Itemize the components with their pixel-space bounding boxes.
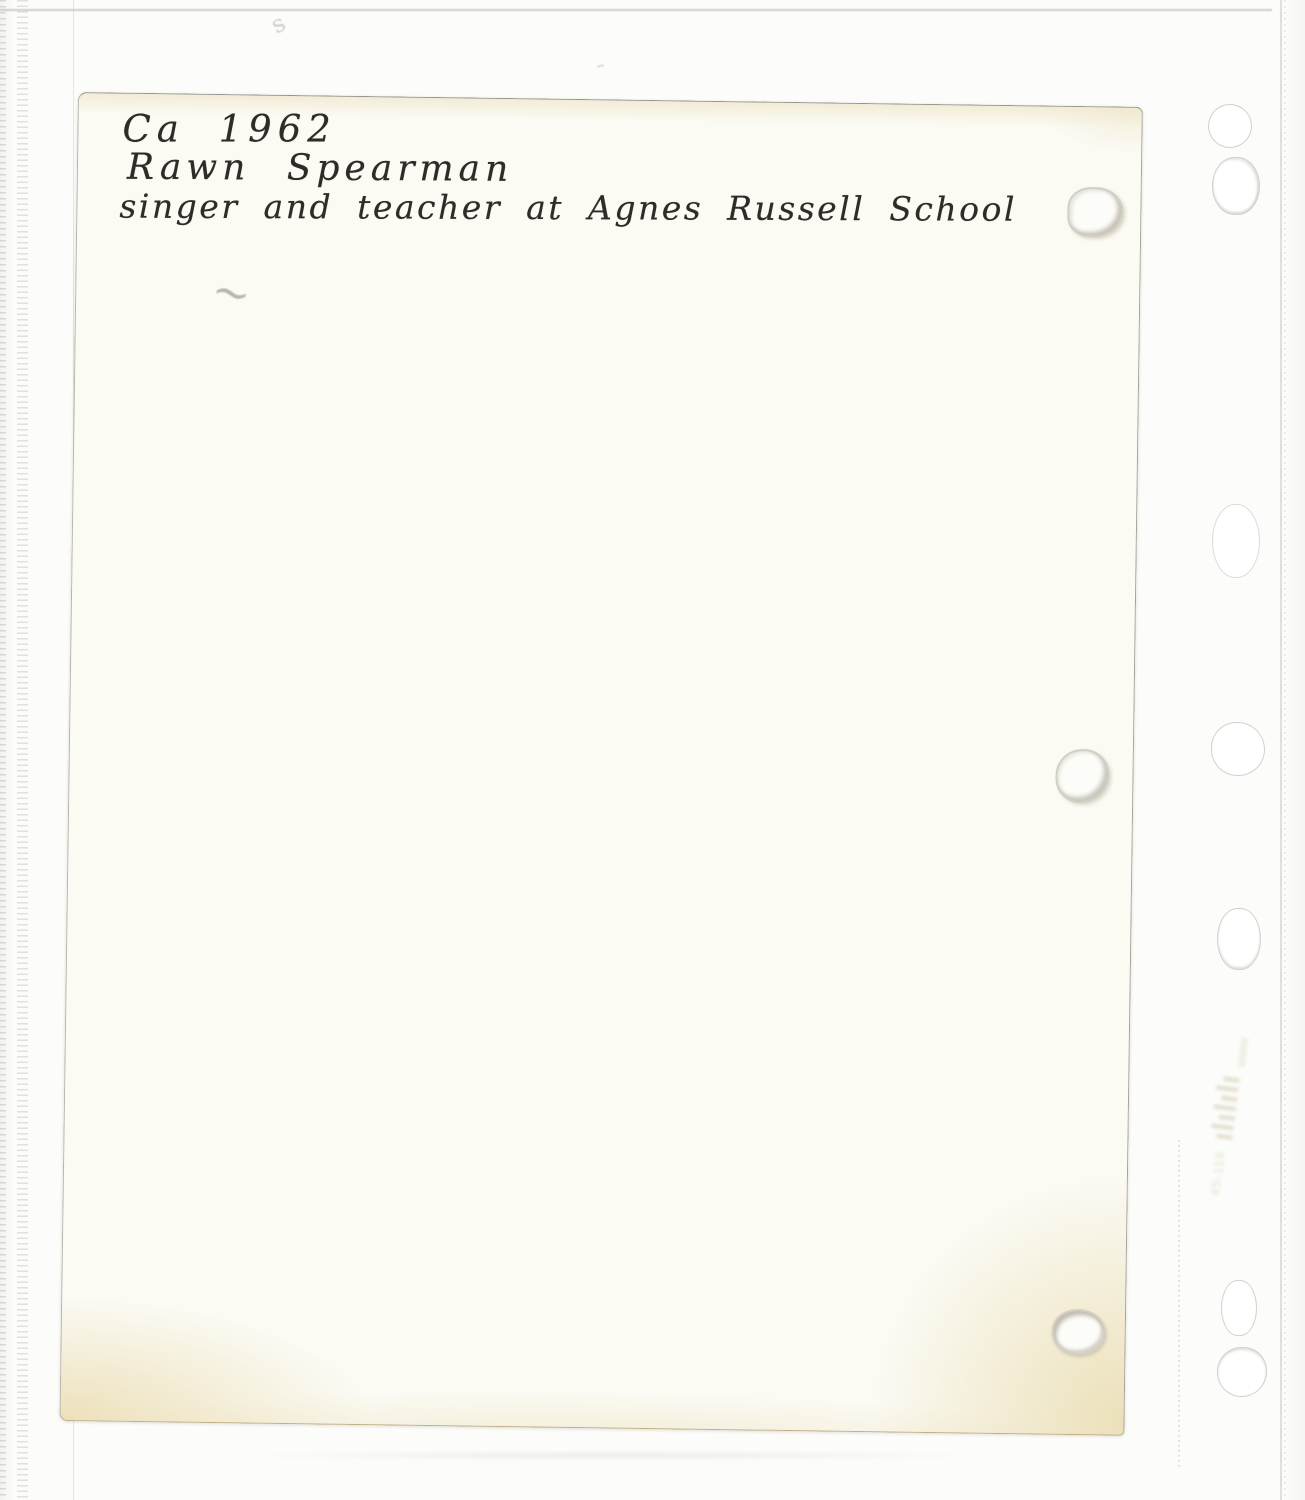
paper-punch-hole-bottom [1051,1309,1106,1356]
binder-hole-2 [1212,157,1260,215]
pencil-top-dash: - [593,49,608,80]
binder-hole-3 [1212,504,1260,578]
paper-punch-hole-top [1067,187,1124,238]
photo-verso-paper: Ca 1962 Rawn Spearman singer and teacher… [59,92,1142,1436]
binder-hole-7 [1217,1347,1267,1397]
faint-edge-print: 45-116ılılılıwww [1190,975,1260,1257]
binder-hole-4 [1211,722,1265,776]
binder-hole-5 [1217,908,1261,970]
handwriting-date-line: Ca 1962 [122,108,336,151]
sleeve-top-edge-line [0,9,1272,11]
mid-right-perforation-ticks [1178,1140,1180,1470]
handwriting-name-line: Rawn Spearman [127,147,514,190]
pencil-squiggle: ~ [206,261,257,323]
scan-page: s - Ca 1962 Rawn Spearman singer and tea… [0,0,1305,1500]
handwriting-caption-line: singer and teacher at Agnes Russell Scho… [119,187,1017,229]
edge-print-www: www [1232,1036,1252,1068]
paper-punch-hole-middle [1055,749,1110,804]
paper-under-shadow [250,1452,980,1459]
pencil-top-scribble: s [266,9,290,40]
binder-hole-1 [1208,104,1252,148]
left-inner-perforation-strip [17,0,28,1500]
edge-print-code: 45-116 [1207,1150,1227,1197]
right-perforation-ticks [1284,0,1286,1500]
sleeve-right-edge-line [1280,0,1282,1500]
binder-hole-6 [1221,1280,1257,1336]
edge-print-brand-marks: ılılılı [1204,1072,1247,1143]
left-outer-perforation-strip [0,0,6,1500]
